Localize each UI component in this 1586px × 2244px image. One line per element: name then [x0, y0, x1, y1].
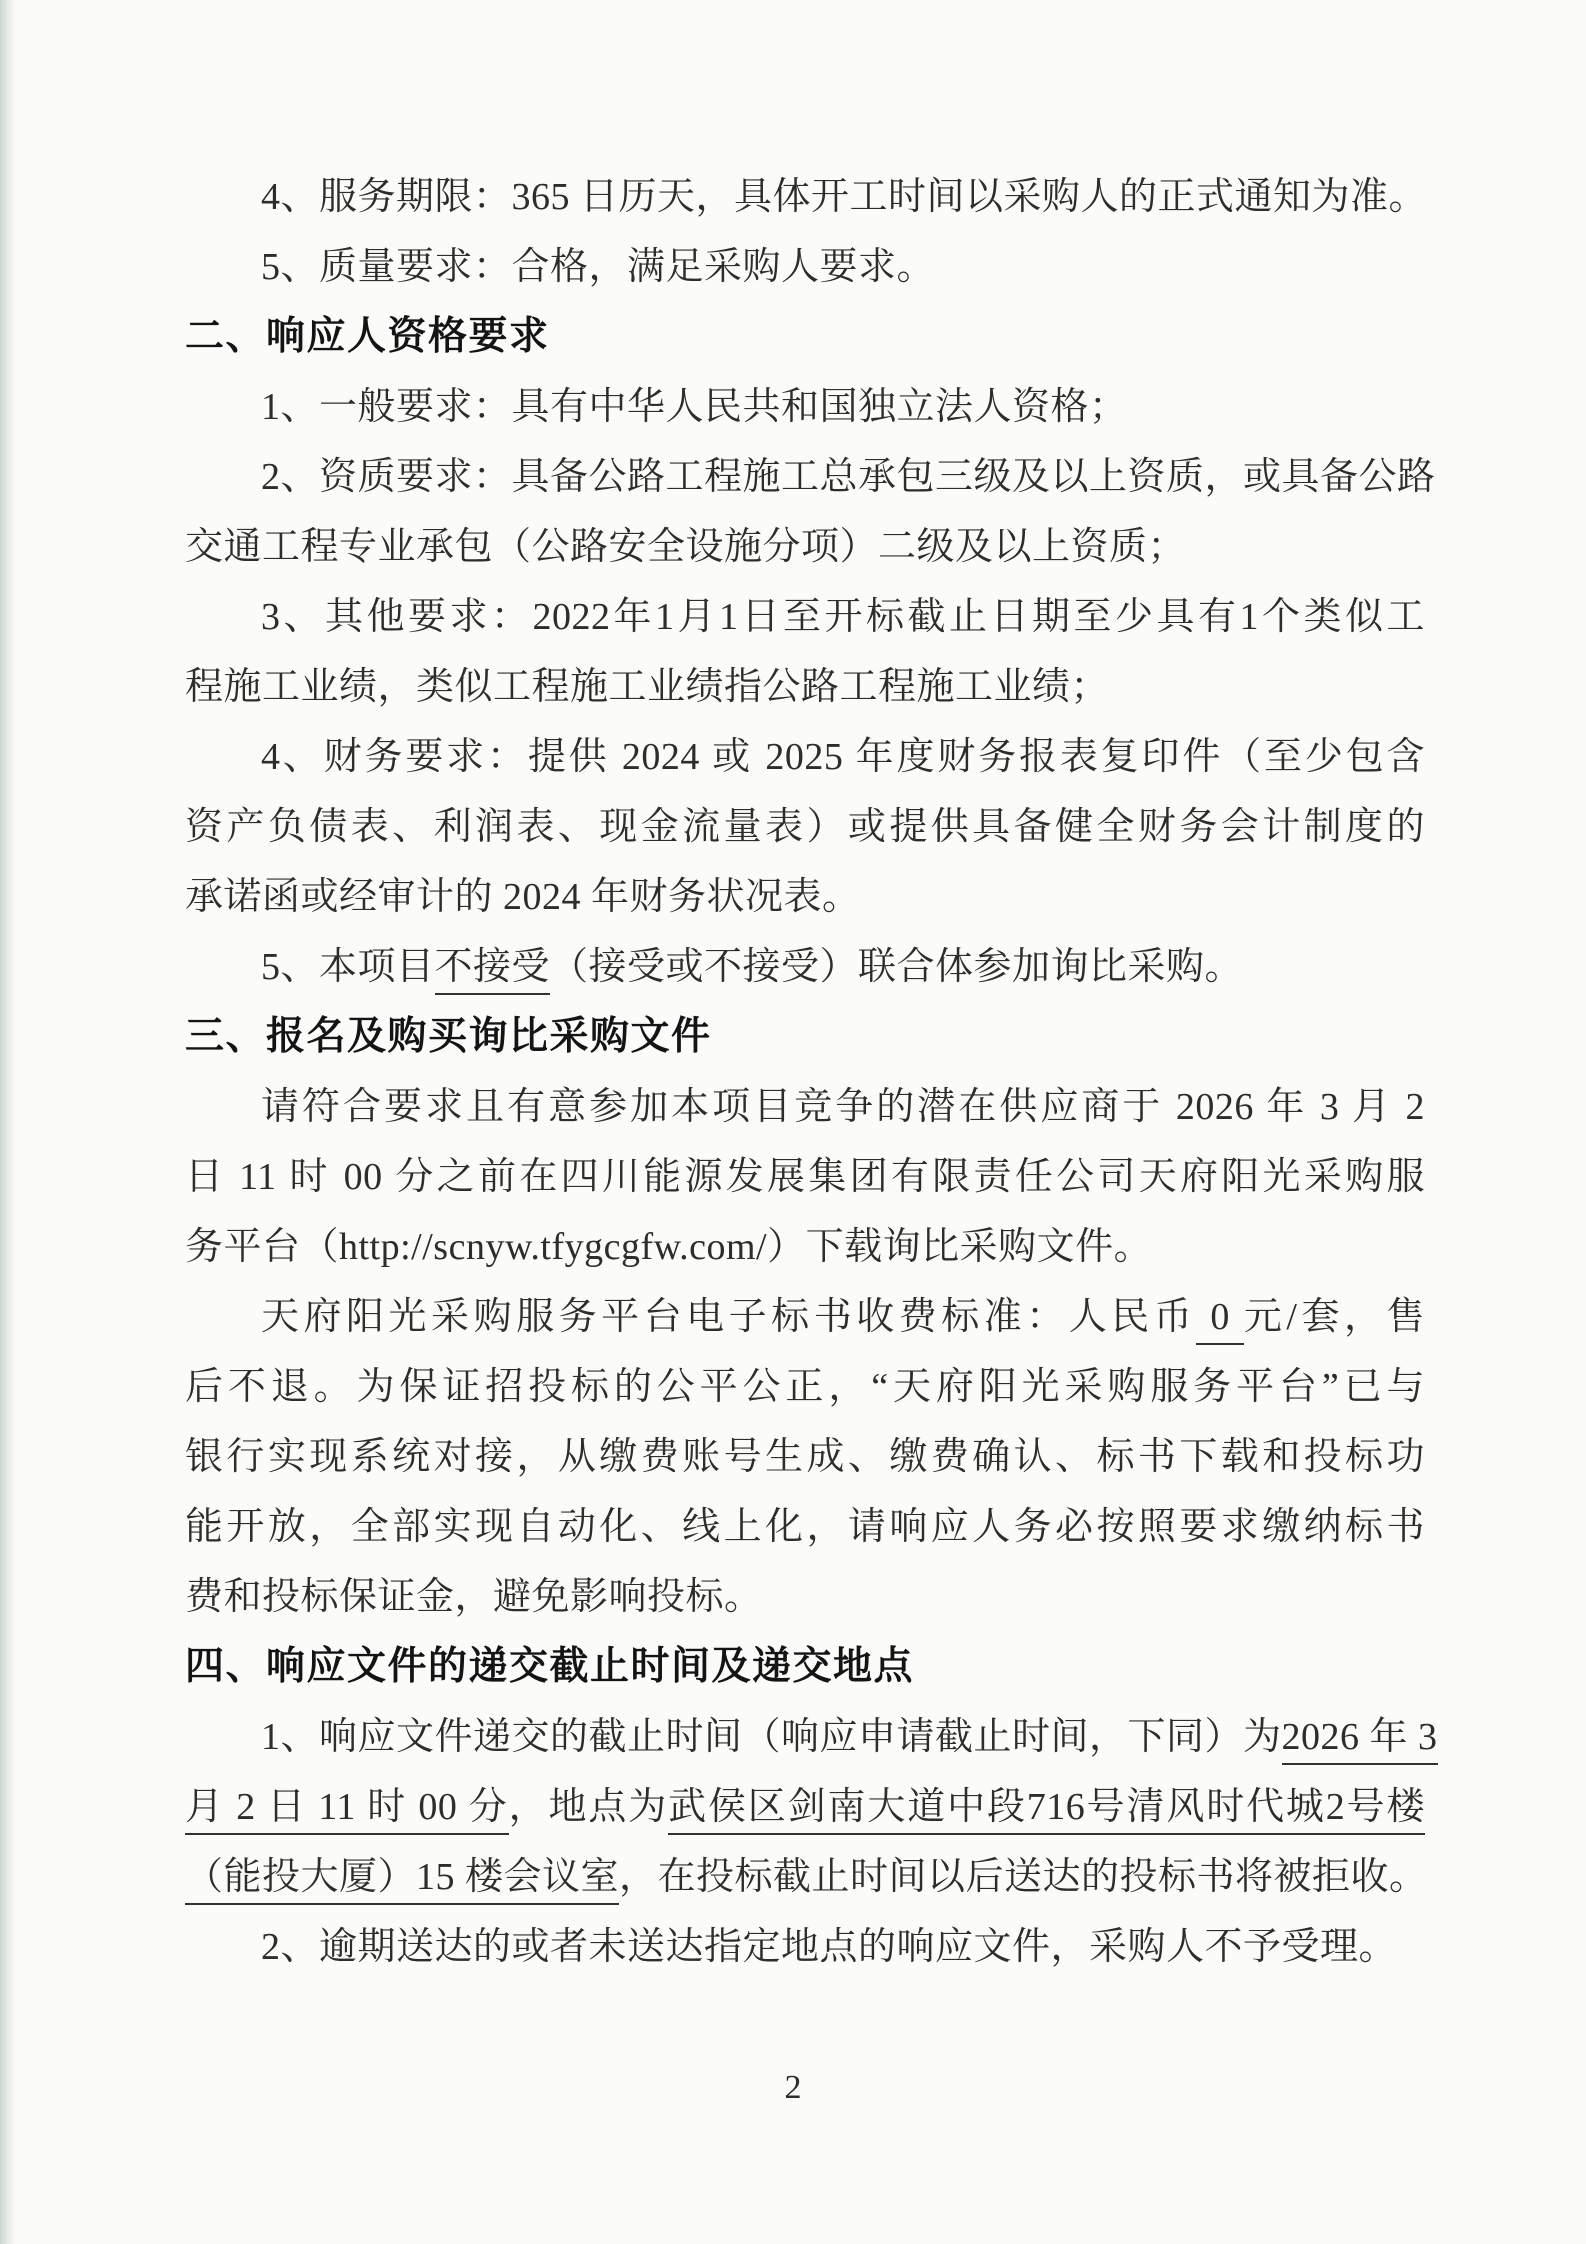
underlined-text: 武侯区剑南大道中段716号清风时代城2号楼: [668, 1786, 1425, 1835]
text-line: 交通工程专业承包（公路安全设施分项）二级及以上资质；: [185, 512, 1425, 582]
text-segment: 四、响应文件的递交截止时间及递交地点: [185, 1645, 914, 1688]
text-segment: 2、资质要求：具备公路工程施工总承包三级及以上资质，或具备公路: [261, 456, 1436, 498]
section-heading: 三、报名及购买询比采购文件: [185, 1002, 1425, 1072]
text-line: 能开放，全部实现自动化、线上化，请响应人务必按照要求缴纳标书: [185, 1492, 1425, 1562]
underlined-text: 不接受: [435, 946, 551, 995]
section-heading: 二、响应人资格要求: [185, 302, 1425, 372]
text-segment: 1、一般要求：具有中华人民共和国独立法人资格；: [261, 386, 1128, 428]
text-segment: 程施工业绩，类似工程施工业绩指公路工程施工业绩；: [185, 666, 1109, 708]
text-segment: 交通工程专业承包（公路安全设施分项）二级及以上资质；: [185, 526, 1186, 568]
text-segment: 能开放，全部实现自动化、线上化，请响应人务必按照要求缴纳标书: [185, 1506, 1425, 1548]
text-segment: （接受或不接受）联合体参加询比采购。: [550, 946, 1243, 988]
text-line: 后不退。为保证招投标的公平公正，“天府阳光采购服务平台”已与: [185, 1352, 1425, 1422]
section-heading: 四、响应文件的递交截止时间及递交地点: [185, 1632, 1425, 1702]
text-segment: 后不退。为保证招投标的公平公正，“天府阳光采购服务平台”已与: [185, 1366, 1425, 1408]
text-line: 月 2 日 11 时 00 分，地点为武侯区剑南大道中段716号清风时代城2号楼: [185, 1772, 1425, 1842]
text-segment: 5、本项目: [261, 946, 435, 988]
text-line: 天府阳光采购服务平台电子标书收费标准：人民币 0 元/套，售: [185, 1282, 1425, 1352]
text-segment: ，地点为: [509, 1786, 668, 1828]
text-line: 务平台（http://scnyw.tfygcgfw.com/）下载询比采购文件。: [185, 1212, 1425, 1282]
text-line: 日 11 时 00 分之前在四川能源发展集团有限责任公司天府阳光采购服: [185, 1142, 1425, 1212]
text-line: 程施工业绩，类似工程施工业绩指公路工程施工业绩；: [185, 652, 1425, 722]
text-line: 5、质量要求：合格，满足采购人要求。: [185, 232, 1425, 302]
text-line: 资产负债表、利润表、现金流量表）或提供具备健全财务会计制度的: [185, 792, 1425, 862]
underlined-text: 0: [1196, 1296, 1244, 1345]
text-line: 2、逾期送达的或者未送达指定地点的响应文件，采购人不予受理。: [185, 1912, 1425, 1982]
text-segment: 天府阳光采购服务平台电子标书收费标准：人民币: [261, 1296, 1196, 1338]
underlined-text: 2026 年 3: [1282, 1716, 1438, 1765]
text-segment: 银行实现系统对接，从缴费账号生成、缴费确认、标书下载和投标功: [185, 1436, 1425, 1478]
text-segment: 5、质量要求：合格，满足采购人要求。: [261, 246, 935, 288]
underlined-text: （能投大厦）15 楼会议室: [185, 1856, 619, 1905]
text-segment: 资产负债表、利润表、现金流量表）或提供具备健全财务会计制度的: [185, 806, 1425, 848]
text-line: 费和投标保证金，避免影响投标。: [185, 1562, 1425, 1632]
document-page-body: 4、服务期限：365 日历天，具体开工时间以采购人的正式通知为准。5、质量要求：…: [185, 162, 1425, 1982]
text-line: 2、资质要求：具备公路工程施工总承包三级及以上资质，或具备公路: [185, 442, 1425, 512]
text-segment: 费和投标保证金，避免影响投标。: [185, 1576, 763, 1618]
document-lines: 4、服务期限：365 日历天，具体开工时间以采购人的正式通知为准。5、质量要求：…: [185, 162, 1425, 1982]
text-segment: 1、响应文件递交的截止时间（响应申请截止时间，下同）为: [261, 1716, 1282, 1758]
text-segment: 元/套，售: [1244, 1296, 1425, 1338]
text-segment: 承诺函或经审计的 2024 年财务状况表。: [185, 876, 861, 918]
text-line: 1、一般要求：具有中华人民共和国独立法人资格；: [185, 372, 1425, 442]
text-segment: 二、响应人资格要求: [185, 315, 550, 358]
page-number: 2: [785, 2069, 802, 2106]
text-segment: 3、其他要求：2022年1月1日至开标截止日期至少具有1个类似工: [261, 596, 1425, 638]
page-footer: 2: [0, 2066, 1586, 2110]
text-line: 承诺函或经审计的 2024 年财务状况表。: [185, 862, 1425, 932]
text-line: 4、服务期限：365 日历天，具体开工时间以采购人的正式通知为准。: [185, 162, 1425, 232]
underlined-text: 月 2 日 11 时 00 分: [185, 1786, 509, 1835]
text-segment: 4、服务期限：365 日历天，具体开工时间以采购人的正式通知为准。: [261, 176, 1427, 218]
text-segment: 务平台（http://scnyw.tfygcgfw.com/）下载询比采购文件。: [185, 1226, 1152, 1268]
text-segment: 日 11 时 00 分之前在四川能源发展集团有限责任公司天府阳光采购服: [185, 1156, 1425, 1198]
text-segment: 4、财务要求：提供 2024 或 2025 年度财务报表复印件（至少包含: [261, 736, 1425, 778]
text-line: （能投大厦）15 楼会议室，在投标截止时间以后送达的投标书将被拒收。: [185, 1842, 1425, 1912]
text-segment: 三、报名及购买询比采购文件: [185, 1015, 712, 1058]
text-line: 请符合要求且有意参加本项目竞争的潜在供应商于 2026 年 3 月 2: [185, 1072, 1425, 1142]
text-segment: 请符合要求且有意参加本项目竞争的潜在供应商于 2026 年 3 月 2: [261, 1086, 1425, 1128]
text-line: 银行实现系统对接，从缴费账号生成、缴费确认、标书下载和投标功: [185, 1422, 1425, 1492]
text-segment: ，在投标截止时间以后送达的投标书将被拒收。: [619, 1856, 1428, 1898]
scan-edge-shadow: [0, 0, 16, 2244]
text-segment: 2、逾期送达的或者未送达指定地点的响应文件，采购人不予受理。: [261, 1926, 1397, 1968]
text-line: 3、其他要求：2022年1月1日至开标截止日期至少具有1个类似工: [185, 582, 1425, 652]
text-line: 5、本项目不接受（接受或不接受）联合体参加询比采购。: [185, 932, 1425, 1002]
text-line: 1、响应文件递交的截止时间（响应申请截止时间，下同）为2026 年 3: [185, 1702, 1425, 1772]
text-line: 4、财务要求：提供 2024 或 2025 年度财务报表复印件（至少包含: [185, 722, 1425, 792]
